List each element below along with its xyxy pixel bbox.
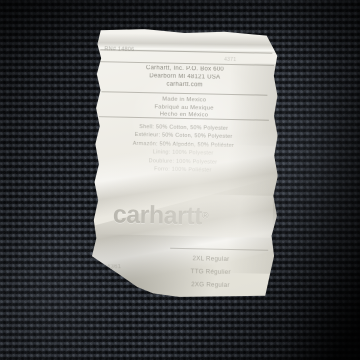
care-label: RN# 14806 4371 Carhartt, Inc. P.O. Box 6… [89, 24, 281, 300]
rn-number: RN# 14806 [104, 46, 134, 53]
lot-number: 4371 [224, 57, 236, 63]
label-photo-washout [90, 142, 278, 238]
photo-scene: RN# 14806 4371 Carhartt, Inc. P.O. Box 6… [0, 0, 360, 360]
